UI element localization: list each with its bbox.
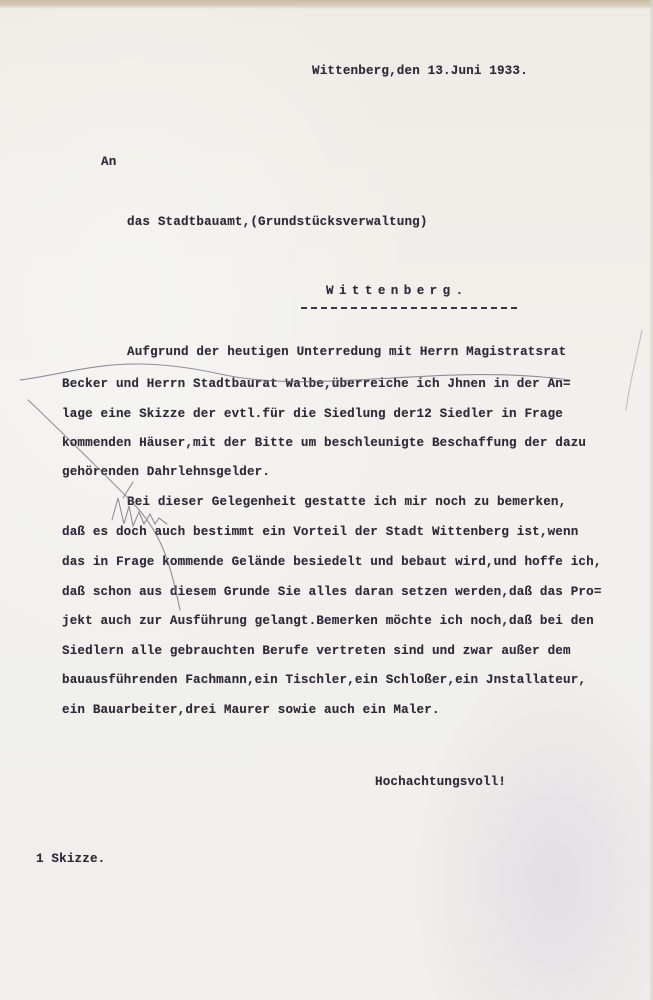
body-line: jekt auch zur Ausführung gelangt.Bemerke…: [62, 614, 594, 628]
letter-page: Wittenberg,den 13.Juni 1933. An das Stad…: [0, 0, 653, 1000]
body-line: daß es doch auch bestimmt ein Vorteil de…: [62, 525, 578, 539]
salutation-prefix: An: [101, 155, 116, 169]
body-line: daß schon aus diesem Grunde Sie alles da…: [62, 585, 602, 599]
recipient: das Stadtbauamt,(Grundstücksverwaltung): [127, 215, 428, 229]
body-line: Aufgrund der heutigen Unterredung mit He…: [127, 345, 566, 359]
body-line: Becker und Herrn Stadtbaurat Walbe,überr…: [62, 377, 571, 391]
body-line: Bei dieser Gelegenheit gestatte ich mir …: [127, 495, 566, 509]
enclosure-note: 1 Skizze.: [36, 852, 105, 866]
body-line: ein Bauarbeiter,drei Maurer sowie auch e…: [62, 703, 440, 717]
date-line: Wittenberg,den 13.Juni 1933.: [312, 64, 528, 78]
city-underline: [301, 307, 517, 309]
body-line: das in Frage kommende Gelände besiedelt …: [62, 555, 602, 569]
body-line: lage eine Skizze der evtl.für die Siedlu…: [62, 407, 563, 421]
body-line: Siedlern alle gebrauchten Berufe vertret…: [62, 644, 571, 658]
body-line: kommenden Häuser,mit der Bitte um beschl…: [62, 436, 586, 450]
recipient-city: Wittenberg.: [326, 284, 469, 298]
body-line: bauausführenden Fachmann,ein Tischler,ei…: [62, 673, 586, 687]
paper-top-edge: [0, 0, 653, 9]
paper-right-edge: [649, 0, 653, 1000]
body-line: gehörenden Dahrlehnsgelder.: [62, 465, 270, 479]
closing: Hochachtungsvoll!: [375, 775, 506, 789]
